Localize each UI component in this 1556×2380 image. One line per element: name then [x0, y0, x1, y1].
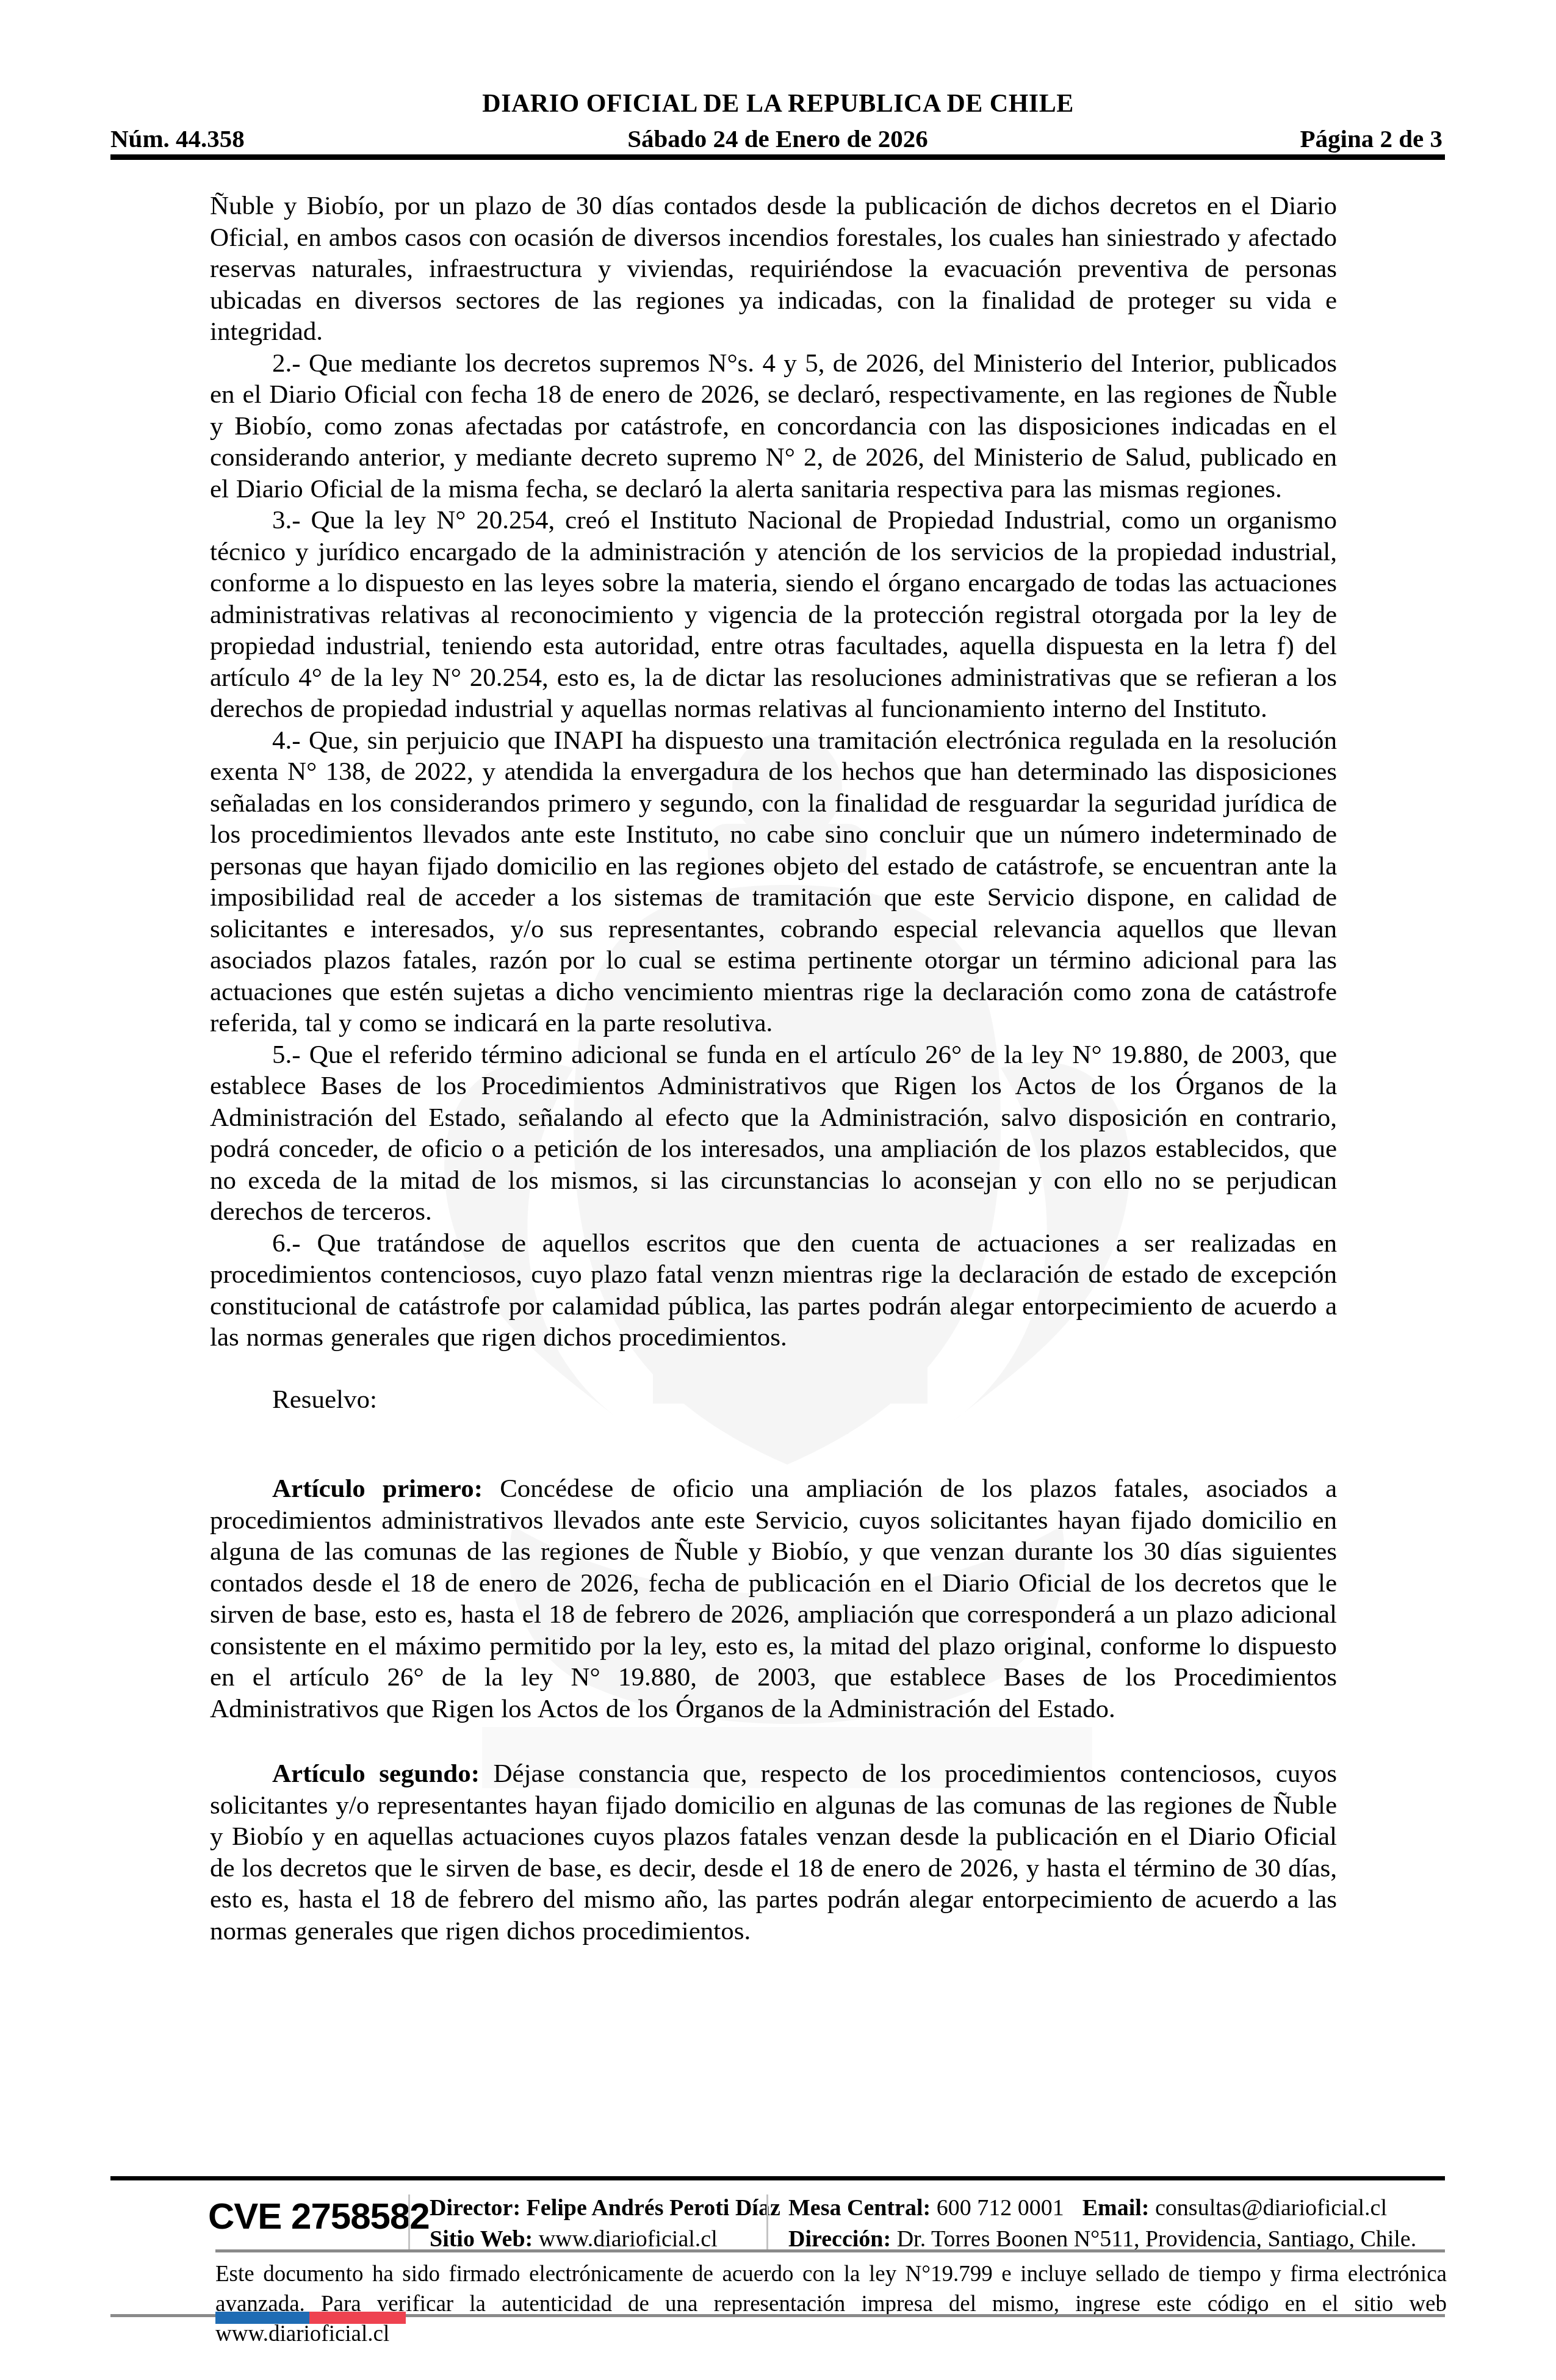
header-meta-row: Núm. 44.358 Sábado 24 de Enero de 2026 P…: [110, 124, 1445, 156]
considerando-5: 5.- Que el referido término adicional se…: [210, 1039, 1337, 1228]
flag-red-segment: [309, 2312, 406, 2324]
director-name: Felipe Andrés Peroti Díaz: [520, 2195, 780, 2221]
legal-notice: Este documento ha sido firmado electróni…: [215, 2259, 1447, 2349]
cve-code: CVE 2758582: [208, 2195, 430, 2237]
edition-date: Sábado 24 de Enero de 2026: [627, 124, 927, 153]
page-indicator: Página 2 de 3: [1300, 124, 1443, 153]
document-body: Ñuble y Biobío, por un plazo de 30 días …: [210, 190, 1337, 1947]
director-block: Director: Felipe Andrés Peroti Díaz Siti…: [430, 2193, 780, 2255]
footer-divider-1: [408, 2194, 410, 2251]
email-label: Email:: [1082, 2195, 1150, 2221]
director-line: Director: Felipe Andrés Peroti Díaz: [430, 2193, 780, 2224]
articulo-segundo-lead: Artículo segundo:: [272, 1759, 480, 1788]
website-label: Sitio Web:: [430, 2226, 533, 2252]
considerando-3: 3.- Que la ley N° 20.254, creó el Instit…: [210, 505, 1337, 725]
articulo-segundo: Artículo segundo: Déjase constancia que,…: [210, 1758, 1337, 1947]
articulo-primero-lead: Artículo primero:: [272, 1474, 483, 1503]
masthead-title: DIARIO OFICIAL DE LA REPUBLICA DE CHILE: [0, 89, 1556, 118]
articulo-primero-text: Concédese de oficio una ampliación de lo…: [210, 1474, 1337, 1723]
resolution-heading: Resuelvo:: [210, 1384, 1337, 1416]
address-label: Dirección:: [788, 2226, 891, 2252]
director-label: Director:: [430, 2195, 520, 2221]
flag-blue-segment: [215, 2312, 309, 2324]
address-value: Dr. Torres Boonen N°511, Providencia, Sa…: [891, 2226, 1416, 2252]
footer-divider-2: [766, 2194, 768, 2251]
considerando-2: 2.- Que mediante los decretos supremos N…: [210, 348, 1337, 505]
phone-label: Mesa Central:: [788, 2195, 931, 2221]
email-address: consultas@diarioficial.cl: [1149, 2195, 1387, 2221]
contact-block: Mesa Central: 600 712 0001Email: consult…: [788, 2193, 1416, 2255]
footer-mid-rule: [215, 2249, 1445, 2252]
articulo-primero: Artículo primero: Concédese de oficio un…: [210, 1473, 1337, 1725]
footer-top-rule: [110, 2176, 1445, 2180]
continuation-paragraph: Ñuble y Biobío, por un plazo de 30 días …: [210, 190, 1337, 348]
phone-number: 600 712 0001: [931, 2195, 1064, 2221]
phone-email-line: Mesa Central: 600 712 0001Email: consult…: [788, 2193, 1416, 2224]
header-rule: [110, 154, 1445, 160]
gazette-page: DIARIO OFICIAL DE LA REPUBLICA DE CHILE …: [0, 0, 1556, 2380]
issue-number: Núm. 44.358: [110, 124, 245, 153]
considerando-4: 4.- Que, sin perjuicio que INAPI ha disp…: [210, 725, 1337, 1039]
website-url: www.diarioficial.cl: [533, 2226, 717, 2252]
chile-flag-mark: [215, 2312, 406, 2324]
considerando-6: 6.- Que tratándose de aquellos escritos …: [210, 1228, 1337, 1354]
